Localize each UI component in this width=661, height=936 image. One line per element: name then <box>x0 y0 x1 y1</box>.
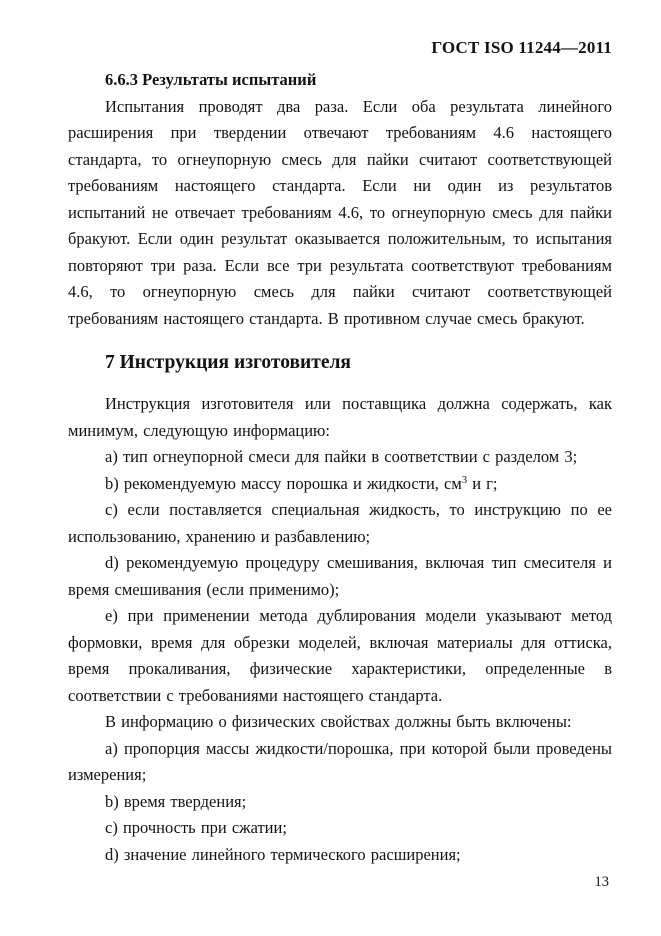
instruction-item-b: b) рекомендуемую массу порошка и жидкост… <box>68 471 612 498</box>
physical-property-item-a: a) пропорция массы жидкости/порошка, при… <box>68 736 612 789</box>
instruction-item-d: d) рекомендуемую процедуру смешивания, в… <box>68 550 612 603</box>
section-7-heading: 7 Инструкция изготовителя <box>68 348 612 377</box>
test-results-paragraph: Испытания проводят два раза. Если оба ре… <box>68 94 612 333</box>
running-header: ГОСТ ISO 11244—2011 <box>68 36 612 60</box>
manufacturer-instruction-intro: Инструкция изготовителя или поставщика д… <box>68 391 612 444</box>
instruction-item-a: a) тип огнеупорной смеси для пайки в соо… <box>68 444 612 471</box>
section-6-6-3-heading: 6.6.3 Результаты испытаний <box>68 67 612 94</box>
instruction-item-b-suffix: и г; <box>467 474 497 493</box>
instruction-item-c: c) если поставляется специальная жидкост… <box>68 497 612 550</box>
physical-property-item-b: b) время твердения; <box>68 789 612 816</box>
page-number: 13 <box>595 872 610 892</box>
physical-properties-intro: В информацию о физических свойствах долж… <box>68 709 612 736</box>
physical-property-item-c: c) прочность при сжатии; <box>68 815 612 842</box>
instruction-item-b-text: b) рекомендуемую массу порошка и жидкост… <box>105 474 462 493</box>
document-page: ГОСТ ISO 11244—2011 6.6.3 Результаты исп… <box>0 0 661 936</box>
instruction-item-e: e) при применении метода дублирования мо… <box>68 603 612 709</box>
physical-property-item-d: d) значение линейного термического расши… <box>68 842 612 869</box>
